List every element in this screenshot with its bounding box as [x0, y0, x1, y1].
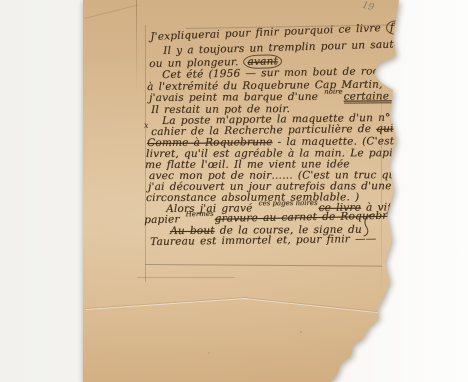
- handwriting-segment: noire: [324, 88, 343, 96]
- handwriting-segment: j'avais peint ma barque d'une: [149, 91, 323, 104]
- manuscript-page: 19 x J'expliquerai pour finir pourquoi c…: [0, 0, 468, 382]
- handwriting-line: j'avais peint ma barque d'une noirecerta…: [149, 90, 436, 104]
- foxing-speck: [300, 331, 302, 333]
- handwriting-segment: fut: [386, 20, 410, 35]
- paper-shadow-wrap: 19 x J'expliquerai pour finir pourquoi c…: [0, 0, 468, 382]
- handwriting-segment: —: [240, 67, 261, 79]
- handwriting-segment: gravure au carnet de Roquebrune: [215, 209, 408, 224]
- page-number-pencil: 19: [361, 0, 375, 13]
- ink-flourish: [360, 212, 376, 238]
- handwriting-segment: Menton: [383, 75, 410, 83]
- handwriting-segment: sauteur: [370, 38, 412, 51]
- foxing-speck: [208, 352, 210, 354]
- fold-crease-bottom-a: [86, 297, 248, 309]
- handwriting-segment: qui donne: [376, 122, 432, 135]
- handwriting-segment: certaine couleur: [344, 90, 436, 104]
- pencil-frame-bottom-short: [137, 277, 235, 278]
- handwriting-line: J'expliquerai pour finir pourquoi ce liv…: [150, 20, 444, 43]
- handwriting-segment: Taureau est immortel et, pour finir ——: [150, 233, 376, 248]
- handwriting-segment: Hermès: [185, 210, 213, 218]
- handwriting-segment: sur mon bout de rocher: [261, 65, 397, 79]
- pencil-frame-bottom: [145, 264, 382, 267]
- handwriting-segment: ces pages noires: [258, 199, 317, 207]
- photo-background: 19 x J'expliquerai pour finir pourquoi c…: [0, 0, 468, 382]
- margin-x-mark: x: [144, 121, 149, 130]
- fold-crease-topleft: [84, 4, 139, 19]
- fold-crease-bottom-b: [244, 297, 391, 313]
- handwriting-segment: Cet été (1956: [162, 68, 240, 81]
- fold-crease-vertical: [136, 0, 137, 95]
- handwriting-segment: fait…: [409, 20, 444, 33]
- handwriting-line: Taureau est immortel et, pour finir ——: [150, 233, 376, 248]
